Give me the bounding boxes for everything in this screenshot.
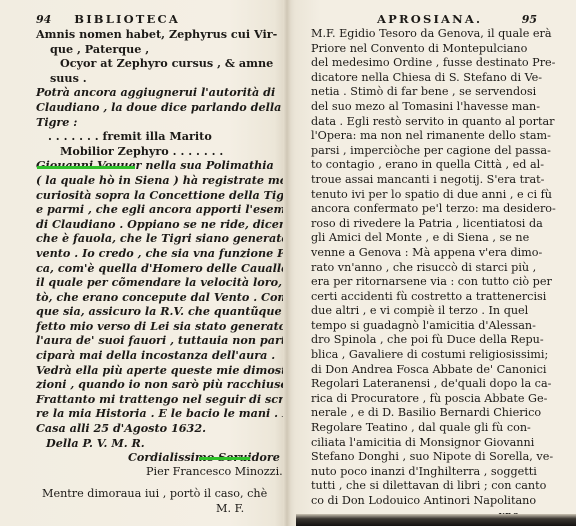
text-line: parsi , imperciòche per cagione del pass… — [311, 144, 539, 159]
text-line: che è fauola, che le Tigri siano generat… — [36, 231, 256, 246]
text-line: co di Don Lodouico Antinori Napolitano — [311, 494, 539, 509]
verse-line: Mobilior Zephyro . . . . . . . — [36, 144, 256, 159]
text-line: re la mia Historia . E le bacio le mani … — [36, 406, 256, 421]
text-line: zioni , quando io non sarò più racchiuso… — [36, 377, 256, 392]
text-line: e parmi , che egli ancora apporti l'esem… — [36, 202, 256, 217]
text-line: Vedrà ella più aperte queste mie dimostr… — [36, 363, 256, 378]
text-line: ciparà mai della incostanza dell'aura . — [36, 348, 256, 363]
text-line: to contagio , erano in quella Città , ed… — [311, 158, 539, 173]
text-line: venne a Genova : Mà appena v'era dimo- — [311, 246, 539, 261]
text-line: Priore nel Convento di Montepulciano — [311, 42, 539, 57]
text-line: Casa alli 25 d'Agosto 1632. — [36, 421, 256, 436]
text-line: netia . Stimò di far bene , se servendos… — [311, 85, 539, 100]
text-line: due altri , e vi compiè il terzo . In qu… — [311, 304, 539, 319]
text-line: l'Opera: ma non nel rimanente dello stam… — [311, 129, 539, 144]
text-line: Frattanto mi trattengo nel seguir di scr… — [36, 392, 256, 407]
salutation-line: Della P. V. M. R. — [36, 436, 256, 451]
text-line: era per ritornarsene via : con tutto ciò… — [311, 275, 539, 290]
text-line: fetto mio verso di Lei sia stato generat… — [36, 319, 256, 334]
left-page-text: 94 BIBLIOTECA Amnis nomen habet, Zephyru… — [36, 2, 256, 517]
text-line: Regolare Teatino , dal quale gli fù con- — [311, 421, 539, 436]
text-line: ca, com'è quella d'Homero delle Caualle; — [36, 261, 256, 276]
text-line: rica di Procuratore , fù poscia Abbate G… — [311, 392, 539, 407]
page-number: 94 — [36, 13, 51, 28]
verse-line: Ocyor at Zephyro cursus , & amne — [36, 56, 256, 71]
text-line: di Claudiano . Oppiano se ne ride, dicen… — [36, 217, 256, 232]
running-header-right: APROSIANA. 95 — [311, 12, 539, 27]
text-line: certi accidenti fù costretto a trattener… — [311, 290, 539, 305]
verse-line: suus . — [36, 71, 256, 86]
running-header-left: 94 BIBLIOTECA — [36, 12, 256, 27]
text-line: di Don Andrea Fosca Abbate de' Canonici — [311, 363, 539, 378]
scan-edge-shadow — [296, 514, 576, 526]
running-head: APROSIANA. — [377, 12, 482, 27]
text-line: gli Amici del Monte , e di Siena , se ne — [311, 231, 539, 246]
text-line: M.F. Egidio Tesoro da Genova, il quale e… — [311, 27, 539, 42]
text-line: vento . Io credo , che sia vna funzione … — [36, 246, 256, 261]
text-line: l'aura de' suoi fauori , tuttauia non pa… — [36, 333, 256, 348]
text-line: Claudiano , la doue dice parlando della — [36, 100, 256, 115]
green-underline-annotation — [37, 166, 135, 169]
verse-line: Amnis nomen habet, Zephyrus cui Vir- — [36, 27, 256, 42]
signature-initials: M. F. — [36, 502, 256, 517]
text-line: Regolari Lateranensi , de'quali dopo la … — [311, 377, 539, 392]
text-line: data . Egli restò servito in quanto al p… — [311, 115, 539, 130]
left-page: 94 BIBLIOTECA Amnis nomen habet, Zephyru… — [0, 0, 286, 526]
right-page-text: APROSIANA. 95 M.F. Egidio Tesoro da Geno… — [311, 2, 539, 523]
text-line: dro Spinola , che poi fù Duce della Repu… — [311, 333, 539, 348]
text-line: tenuto ivi per lo spatio di due anni , e… — [311, 188, 539, 203]
text-line: del suo mezo al Tomasini l'havesse man- — [311, 100, 539, 115]
text-line: ciliata l'amicitia di Monsignor Giovanni — [311, 436, 539, 451]
book-spread: 94 BIBLIOTECA Amnis nomen habet, Zephyru… — [0, 0, 576, 526]
text-line: ( la quale hò in Siena ) hà registrate m… — [36, 173, 256, 188]
text-line: il quale per cõmendare la velocità loro,… — [36, 275, 256, 290]
verse-line: . . . . . . . fremit illa Marito — [36, 129, 256, 144]
text-line: roso di rivedere la Patria , licentiatos… — [311, 217, 539, 232]
text-line: curiosità sopra la Concettione della Tig… — [36, 188, 256, 203]
text-line: dicatore nella Chiesa di S. Stefano di V… — [311, 71, 539, 86]
text-line: Potrà ancora aggiugnerui l'autorità di — [36, 85, 256, 100]
text-line: blica , Gavaliere di costumi religiosiss… — [311, 348, 539, 363]
text-line: tempo si guadagnò l'amicitia d'Alessan- — [311, 319, 539, 334]
running-head: BIBLIOTECA — [74, 12, 180, 27]
text-line: Mentre dimoraua iui , portò il caso, chè — [36, 487, 256, 502]
text-line: Tigre : — [36, 115, 256, 130]
text-line: tutti , che si dilettavan di libri ; con… — [311, 479, 539, 494]
verse-line: que , Paterque , — [36, 42, 256, 57]
spacer — [36, 479, 256, 487]
text-line: nerale , e di D. Basilio Bernardi Chieri… — [311, 406, 539, 421]
text-line: nuto poco inanzi d'Inghilterra , soggett… — [311, 465, 539, 480]
signature-line: Pier Francesco Minozzi. — [36, 465, 256, 480]
text-line: Stefano Donghi , suo Nipote di Sorella, … — [311, 450, 539, 465]
text-line: troue assai mancanti i negotij. S'era tr… — [311, 173, 539, 188]
text-line: ancora confermato pe'l terzo: ma desider… — [311, 202, 539, 217]
green-underline-annotation — [199, 457, 250, 460]
book-gutter — [283, 0, 291, 526]
text-line: del medesimo Ordine , fusse destinato Pr… — [311, 56, 539, 71]
text-line: que sia, assicuro la R.V. che quantũque … — [36, 304, 256, 319]
text-line: rato vn'anno , che risuccò di starci più… — [311, 261, 539, 276]
right-page: APROSIANA. 95 M.F. Egidio Tesoro da Geno… — [286, 0, 576, 526]
text-line: tò, che erano concepute dal Vento . Comu… — [36, 290, 256, 305]
page-number: 95 — [522, 13, 537, 28]
